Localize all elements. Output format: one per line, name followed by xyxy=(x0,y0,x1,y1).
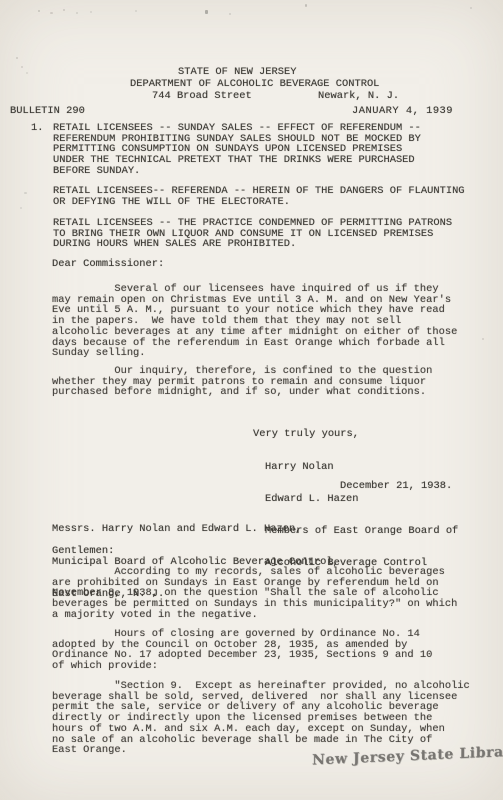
bulletin-number: BULLETIN 290 xyxy=(10,106,85,117)
scan-noise-speck xyxy=(305,4,307,7)
letter1-closing: Very truly yours, xyxy=(253,429,458,440)
headnote-paragraph-3: RETAIL LICENSEES -- THE PRACTICE CONDEMN… xyxy=(53,218,452,250)
headnote-paragraph-2: RETAIL LICENSEES-- REFERENDA -- HEREIN O… xyxy=(53,186,465,207)
headnote-paragraph-1: RETAIL LICENSEES -- SUNDAY SALES -- EFFE… xyxy=(53,123,421,177)
letter2-date: December 21, 1938. xyxy=(340,481,452,492)
letter2-paragraph-1: According to my records, sales of alcoho… xyxy=(52,567,457,621)
letterhead-street-address: 744 Broad Street xyxy=(152,91,252,102)
bulletin-date: JANUARY 4, 1939 xyxy=(352,106,453,117)
headnote-item-number: 1. xyxy=(31,123,43,134)
scan-noise-speck xyxy=(24,192,27,194)
letter2-salutation: Gentlemen: xyxy=(52,546,114,557)
scan-noise-speck xyxy=(26,72,28,74)
letter1-paragraph-2: Our inquiry, therefore, is confined to t… xyxy=(52,366,432,398)
scan-noise-speck xyxy=(229,13,231,15)
letter1-signer-1: Harry Nolan xyxy=(253,462,458,473)
letter2-addressee-names: Messrs. Harry Nolan and Edward L. Hazen, xyxy=(52,524,339,535)
letterhead-department-title: DEPARTMENT OF ALCOHOLIC BEVERAGE CONTROL xyxy=(130,79,379,90)
scan-noise-speck xyxy=(76,12,78,14)
letter2-paragraph-2: Hours of closing are governed by Ordinan… xyxy=(52,629,432,672)
scan-noise-speck xyxy=(90,11,92,13)
scan-noise-speck xyxy=(21,66,23,68)
scan-noise-speck xyxy=(482,338,484,340)
letter1-salutation: Dear Commissioner: xyxy=(52,259,164,270)
scan-noise-speck xyxy=(38,10,40,12)
letterhead-state-title: STATE OF NEW JERSEY xyxy=(178,67,296,78)
scanned-bulletin-page: STATE OF NEW JERSEY DEPARTMENT OF ALCOHO… xyxy=(0,0,503,800)
scan-noise-speck xyxy=(135,10,137,12)
scan-noise-speck xyxy=(20,207,22,209)
scan-noise-speck xyxy=(63,9,65,11)
scan-noise-speck xyxy=(16,57,18,59)
letter1-paragraph-1: Several of our licensees have inquired o… xyxy=(52,284,457,359)
letter2-paragraph-3: "Section 9. Except as hereinafter provid… xyxy=(52,681,470,756)
scan-noise-speck xyxy=(470,7,472,9)
scan-noise-speck xyxy=(205,10,208,14)
scan-noise-speck xyxy=(50,12,53,14)
letterhead-city-address: Newark, N. J. xyxy=(318,91,399,102)
